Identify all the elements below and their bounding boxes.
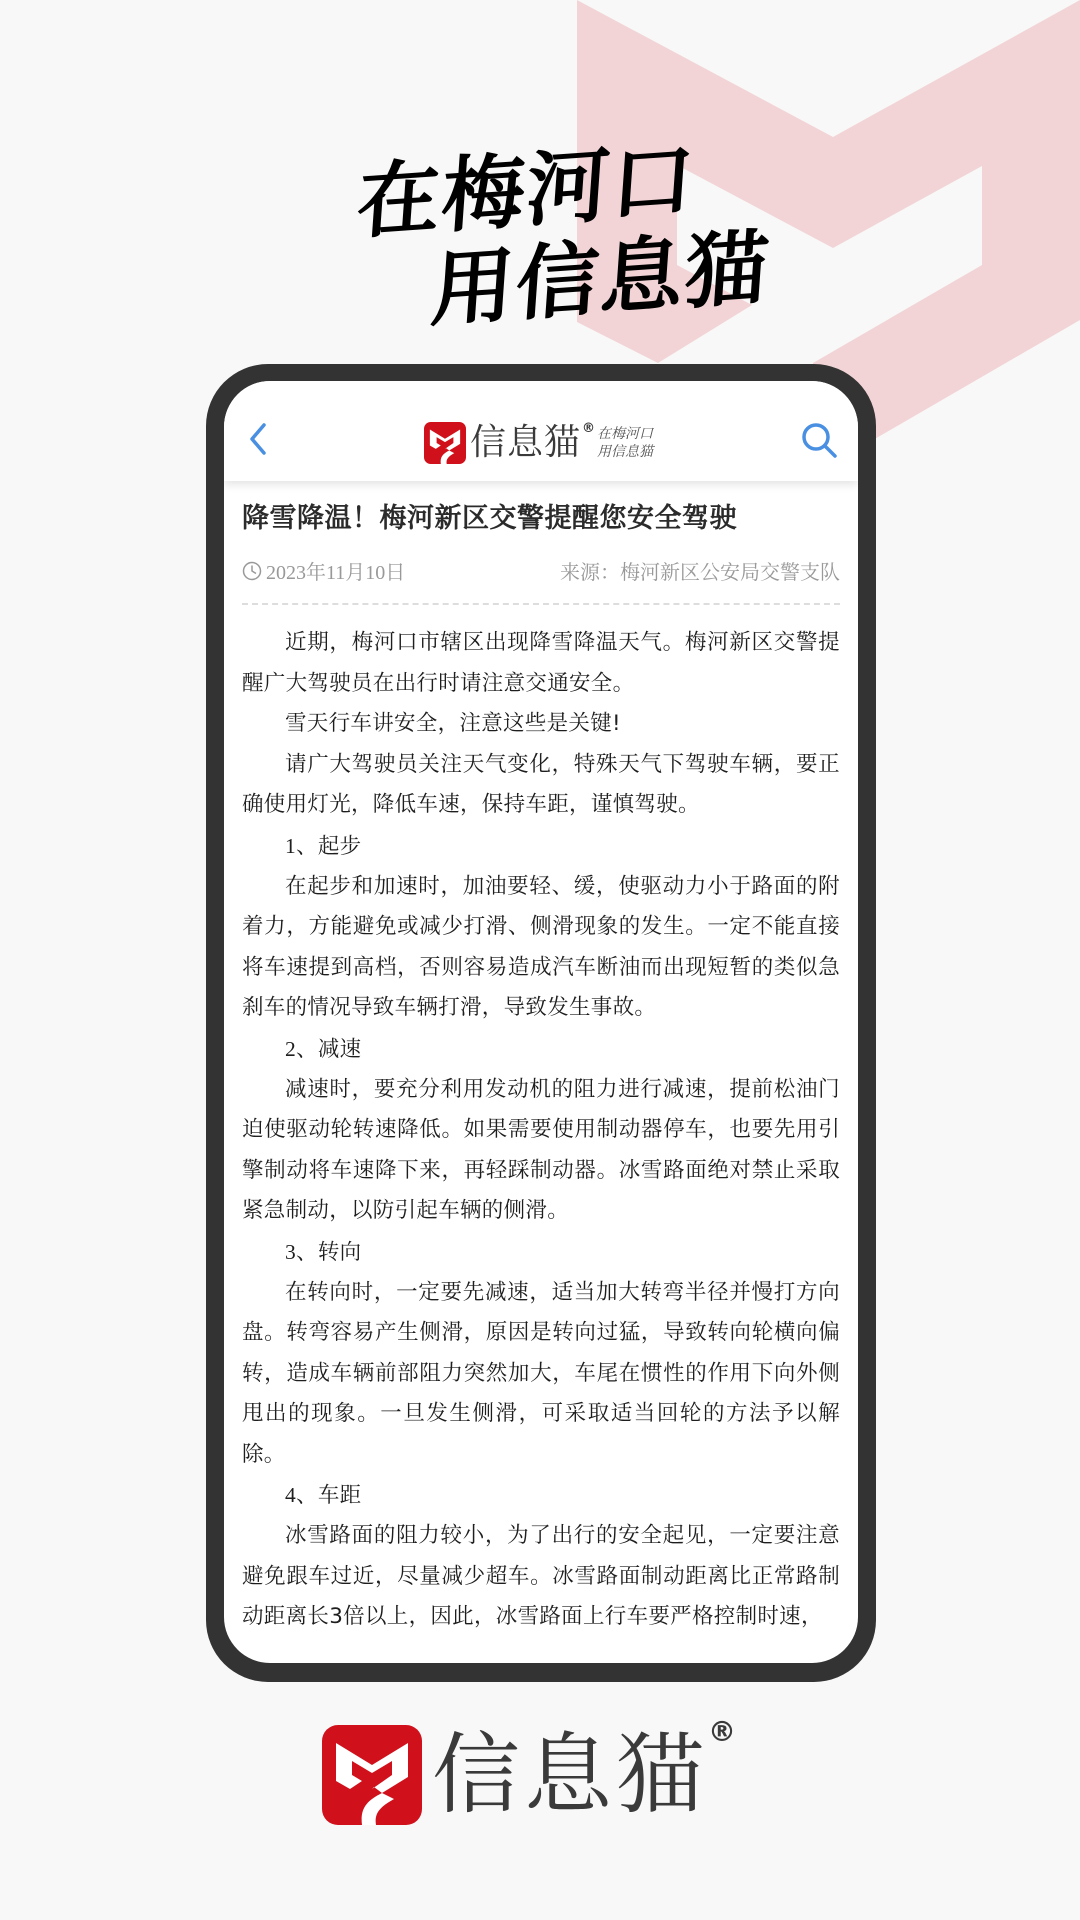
tagline-line-2: 用信息猫 [597,443,653,461]
back-button[interactable] [244,419,274,459]
footer-brand-name: 信息猫 [432,1725,708,1825]
article-date: 2023年11月10日 [242,556,405,585]
footer-registered-mark: ® [708,1715,736,1748]
brand-logo-icon [424,422,466,464]
phone-frame: 信息猫 ® 在梅河口 用信息猫 降雪降温！梅河新区交警提醒您安全驾驶 [206,364,876,1682]
search-button[interactable] [800,421,840,461]
chevron-left-icon [244,419,274,459]
paragraph: 雪天行车讲安全，注意这些是关键! [242,704,840,745]
section-heading: 2、减速 [242,1029,840,1070]
brand-tagline: 在梅河口 用信息猫 [597,425,653,461]
brand-name: 信息猫 [470,422,581,464]
paragraph: 在起步和加速时，加油要轻、缓，使驱动力小于路面的附着力，方能避免或减少打滑、侧滑… [242,867,840,1029]
brand-logo-icon [322,1725,422,1825]
clock-icon [242,561,262,581]
article-source: 来源：梅河新区公安局交警支队 [560,556,840,585]
article-body: 近期，梅河口市辖区出现降雪降温天气。梅河新区交警提醒广大驾驶员在出行时请注意交通… [242,623,840,1638]
slogan-line-2: 用信息猫 [428,203,775,343]
tagline-line-1: 在梅河口 [597,425,653,443]
article: 降雪降温！梅河新区交警提醒您安全驾驶 2023年11月10日 来源：梅河新区公安… [224,499,858,1638]
section-heading: 4、车距 [242,1475,840,1516]
paragraph: 减速时，要充分利用发动机的阻力进行减速，提前松油门迫使驱动轮转速降低。如果需要使… [242,1070,840,1232]
paragraph: 请广大驾驶员关注天气变化，特殊天气下驾驶车辆，要正确使用灯光，降低车速，保持车距… [242,745,840,826]
registered-mark: ® [582,421,595,436]
search-icon [800,421,840,461]
date-text: 2023年11月10日 [266,556,405,585]
header-brand-logo: 信息猫 ® 在梅河口 用信息猫 [424,421,653,465]
app-header: 信息猫 ® 在梅河口 用信息猫 [224,381,858,481]
paragraph: 在转向时，一定要先减速，适当加大转弯半径并慢打方向盘。转弯容易产生侧滑，原因是转… [242,1273,840,1476]
section-heading: 3、转向 [242,1232,840,1273]
section-heading: 1、起步 [242,826,840,867]
paragraph: 近期，梅河口市辖区出现降雪降温天气。梅河新区交警提醒广大驾驶员在出行时请注意交通… [242,623,840,704]
phone-screen: 信息猫 ® 在梅河口 用信息猫 降雪降温！梅河新区交警提醒您安全驾驶 [224,381,858,1663]
footer-brand-logo: 信息猫 ® [322,1725,736,1825]
paragraph: 冰雪路面的阻力较小，为了出行的安全起见，一定要注意避免跟车过近，尽量减少超车。冰… [242,1516,840,1638]
article-meta: 2023年11月10日 来源：梅河新区公安局交警支队 [242,556,840,605]
article-title: 降雪降温！梅河新区交警提醒您安全驾驶 [242,499,840,539]
